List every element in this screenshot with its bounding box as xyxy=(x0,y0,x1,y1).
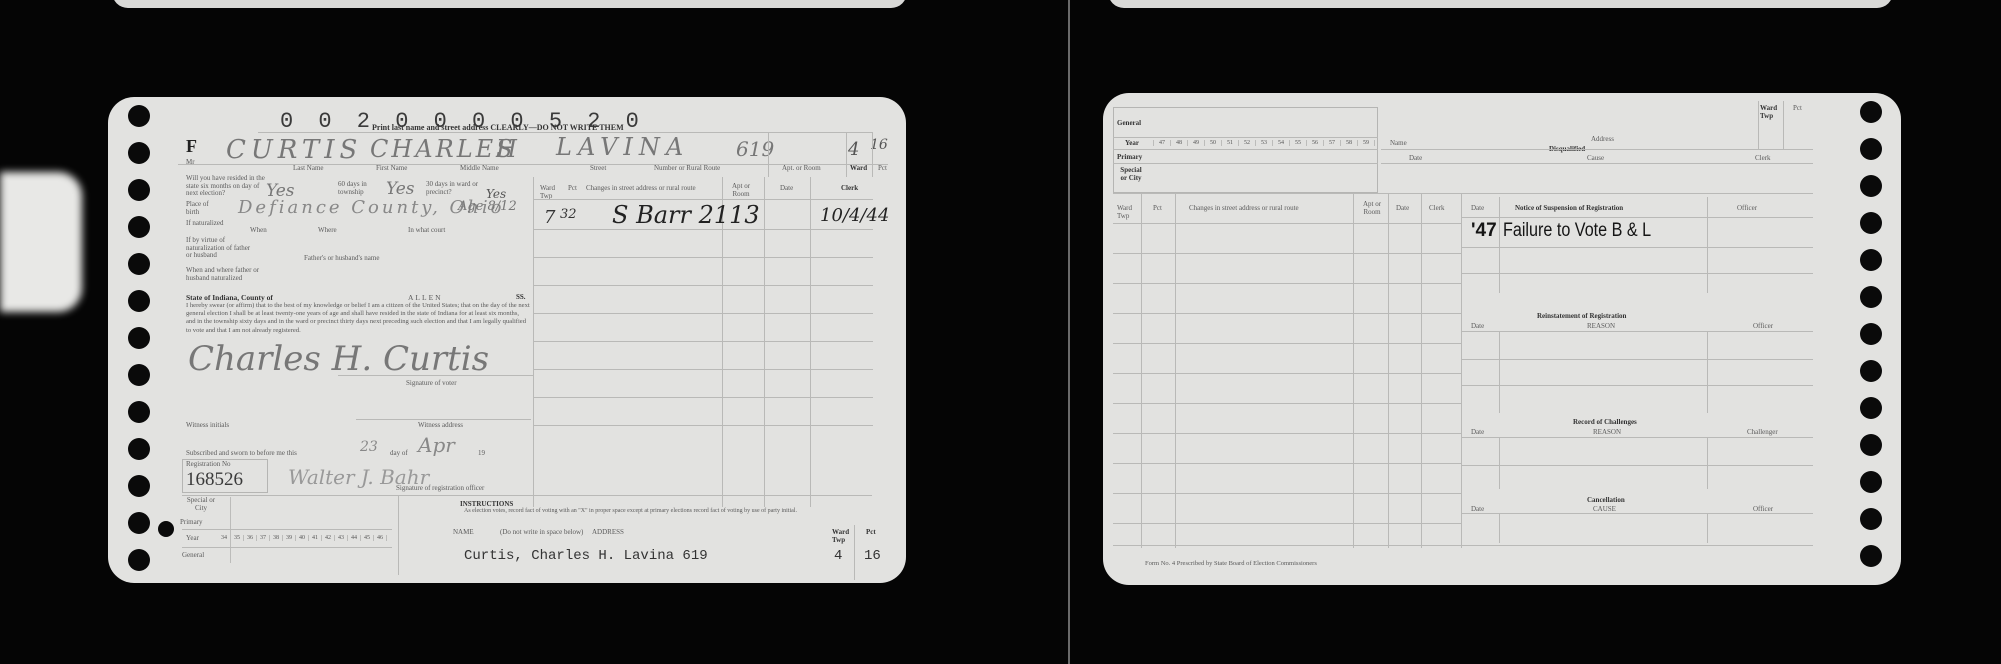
rule xyxy=(1499,437,1500,489)
ward-residency-question: 30 days in ward or precinct? xyxy=(426,181,494,196)
rule xyxy=(1381,149,1813,150)
punch-hole-icon xyxy=(1860,471,1882,493)
rule xyxy=(1113,223,1461,224)
rule xyxy=(1113,343,1461,344)
grid-year-cell: 41 xyxy=(309,535,322,541)
rule xyxy=(810,177,811,507)
back-changes-date-header: Date xyxy=(1396,205,1409,213)
typed-ward: 4 xyxy=(834,549,842,564)
grid-year-cell: 54 xyxy=(1273,140,1290,146)
suspension-title: Notice of Suspension of Registration xyxy=(1515,205,1623,213)
back-name-label: Name xyxy=(1390,140,1407,148)
reinstatement-title: Reinstatement of Registration xyxy=(1537,313,1626,321)
grid-label-year: Year xyxy=(186,535,199,543)
punch-hole-icon xyxy=(1860,101,1882,123)
rule xyxy=(1175,193,1176,548)
frame-divider xyxy=(1068,0,1070,664)
header-rule xyxy=(258,132,873,133)
rule xyxy=(1113,545,1813,546)
ss-label: SS. xyxy=(516,294,526,302)
street-value: LAVINA xyxy=(556,133,689,161)
voter-signature: Charles H. Curtis xyxy=(188,339,489,379)
ward-label: Ward xyxy=(850,165,867,173)
township-residency-question: 60 days in township xyxy=(338,181,386,196)
rule xyxy=(1141,193,1142,548)
oath-heading: State of Indiana, County of xyxy=(186,294,273,302)
where-label: Where xyxy=(318,227,337,235)
prefix-mark: F xyxy=(186,137,197,157)
naturalized-label: If naturalized xyxy=(186,220,226,228)
rule xyxy=(1113,163,1378,164)
back-cause-label: Cause xyxy=(1587,155,1604,163)
middle-name-value: H xyxy=(496,135,517,163)
father-name-label: Father's or husband's name xyxy=(304,255,379,263)
registration-card-front: 0 0 2 0 0 0 0 5 2 0 Print last name and … xyxy=(108,97,906,583)
rule xyxy=(533,177,534,507)
rule xyxy=(1113,493,1461,494)
challenges-reason-label: REASON xyxy=(1593,429,1621,437)
punch-hole-icon xyxy=(1860,286,1882,308)
back-changes-ward-header: Ward Twp xyxy=(1117,205,1137,220)
age-value: Age 8/12 xyxy=(458,199,517,214)
street-label: Street xyxy=(590,165,606,173)
punch-hole-icon xyxy=(128,438,150,460)
rule xyxy=(872,132,873,177)
rule xyxy=(1461,217,1813,218)
rule xyxy=(846,132,847,177)
punch-hole-icon xyxy=(1860,175,1882,197)
first-name-value: CHARLES xyxy=(370,135,516,163)
punch-hole-icon xyxy=(128,327,150,349)
rule xyxy=(1461,437,1813,438)
rule xyxy=(1113,253,1461,254)
grid-label-special: Special or City xyxy=(186,497,216,512)
film-artifact xyxy=(0,172,82,312)
court-label: In what court xyxy=(408,227,445,235)
apt-label: Apt. or Room xyxy=(782,165,821,173)
grid-year-cell: 39 xyxy=(283,535,296,541)
subscribed-text: Subscribed and sworn to before me this xyxy=(186,450,297,458)
number-label: Number or Rural Route xyxy=(654,165,720,173)
rule xyxy=(533,199,873,200)
county-value: ALLEN xyxy=(408,294,443,302)
registration-card-back: General Year Primary Special or City 47 … xyxy=(1103,93,1901,585)
grid-year-cell: 49 xyxy=(1188,140,1205,146)
footer-pct-label: Pct xyxy=(866,529,876,537)
footer-ward-label: Ward Twp xyxy=(832,529,850,544)
rule xyxy=(1499,513,1500,543)
rule xyxy=(533,369,873,370)
challenges-challenger-label: Challenger xyxy=(1747,429,1778,437)
grid-year-cell: 51 xyxy=(1222,140,1239,146)
rule xyxy=(1707,331,1708,413)
grid-year-cell: 35 xyxy=(231,535,244,541)
rule xyxy=(1113,373,1461,374)
punch-hole-icon xyxy=(1860,360,1882,382)
rule xyxy=(764,177,765,507)
instructions-text: As election votes, record fact of voting… xyxy=(464,508,904,515)
rule xyxy=(1113,433,1461,434)
back-changes-pct-header: Pct xyxy=(1153,205,1162,213)
previous-card-edge-right xyxy=(1108,0,1893,8)
punch-hole-icon xyxy=(1860,249,1882,271)
registration-number-value: 168526 xyxy=(186,470,243,491)
rule xyxy=(1113,149,1378,150)
rule xyxy=(1381,163,1813,164)
back-changes-apt-header: Apt or Room xyxy=(1361,201,1383,216)
punch-hole-icon xyxy=(1860,397,1882,419)
previous-card-edge-left xyxy=(112,0,907,8)
rule xyxy=(1113,403,1461,404)
grid-year-cell: 48 xyxy=(1171,140,1188,146)
rule xyxy=(1758,101,1759,149)
grid-year-cell: 56 xyxy=(1307,140,1324,146)
rule xyxy=(1388,193,1389,548)
reinstatement-reason-label: REASON xyxy=(1587,323,1615,331)
rule xyxy=(1113,193,1813,194)
grid-year-cell: 46 xyxy=(374,535,387,541)
grid-year-cell: 58 xyxy=(1341,140,1358,146)
rule xyxy=(1461,331,1813,332)
suspension-stamp-year: '47 xyxy=(1471,221,1497,242)
ward-value: 4 xyxy=(848,139,859,160)
punch-hole-icon xyxy=(128,290,150,312)
rule xyxy=(1461,247,1813,248)
last-name-value: CURTIS xyxy=(226,135,362,165)
grid-year-cell: 34 xyxy=(218,535,231,541)
punch-hole-icon xyxy=(1860,508,1882,530)
grid-year-cell: 59 xyxy=(1358,140,1375,146)
voter-signature-label: Signature of voter xyxy=(406,380,457,388)
father-when-where-label: When and where father or husband natural… xyxy=(186,267,266,282)
rule xyxy=(1461,273,1813,274)
back-address-label: Address xyxy=(1591,136,1614,144)
front-year-row: 34 35 36 37 38 39 40 41 42 43 44 45 46 xyxy=(218,535,387,541)
rule xyxy=(1707,437,1708,489)
back-ward-label: Ward Twp xyxy=(1760,105,1782,120)
grid-year-cell: 38 xyxy=(270,535,283,541)
rule xyxy=(1707,197,1708,293)
back-pct-label: Pct xyxy=(1793,105,1802,113)
grid-year-cell: 53 xyxy=(1256,140,1273,146)
changes-date-header: Date xyxy=(780,185,793,193)
footer-name-label: NAME xyxy=(453,529,474,537)
pct-label: Pct xyxy=(878,165,887,173)
rule xyxy=(182,529,392,530)
rule xyxy=(533,229,873,230)
changes-clerk-header: Clerk xyxy=(841,185,858,193)
changes-pct-header: Pct xyxy=(568,185,577,193)
change-row-ward: 7 xyxy=(544,207,555,228)
grid-year-cell: 45 xyxy=(361,535,374,541)
reinstatement-date-label: Date xyxy=(1471,323,1484,331)
day-of-label: day of xyxy=(390,450,408,458)
grid-year-cell: 55 xyxy=(1290,140,1307,146)
rule xyxy=(1461,385,1813,386)
grid-year-cell: 37 xyxy=(257,535,270,541)
back-changes-address-header: Changes in street address or rural route xyxy=(1189,205,1299,213)
rule xyxy=(533,425,873,426)
grid-year-cell: 42 xyxy=(322,535,335,541)
suspension-officer-label: Officer xyxy=(1737,205,1757,213)
change-row-date: 10/4/44 xyxy=(820,205,889,226)
back-changes-clerk-header: Clerk xyxy=(1429,205,1445,213)
change-row-pct: 32 xyxy=(560,207,577,222)
back-year-row: 47 48 49 50 51 52 53 54 55 56 57 58 59 xyxy=(1153,140,1375,146)
witness-initials-label: Witness initials xyxy=(186,422,229,430)
rule xyxy=(398,495,399,575)
punch-hole-icon xyxy=(128,364,150,386)
punch-hole-icon xyxy=(128,105,150,127)
punch-hole-icon xyxy=(128,512,150,534)
year-prefix: 19 xyxy=(478,450,485,458)
officer-signature-label: Signature of registration officer xyxy=(396,485,484,493)
rule xyxy=(1113,137,1378,138)
suspension-stamp-text: Failure to Vote B & L xyxy=(1503,221,1651,242)
typed-pct: 16 xyxy=(864,549,881,564)
changes-apt-header: Apt or Room xyxy=(730,183,752,198)
last-name-label: Last Name xyxy=(293,165,324,173)
punch-hole-icon xyxy=(128,475,150,497)
state-residency-question: Will you have resided in the state six m… xyxy=(186,175,266,198)
punch-hole-icon xyxy=(1860,434,1882,456)
challenges-title: Record of Challenges xyxy=(1573,419,1637,427)
punch-hole-icon xyxy=(128,401,150,423)
grid-year-cell: 40 xyxy=(296,535,309,541)
rule xyxy=(1113,313,1461,314)
punch-hole-icon xyxy=(158,521,174,537)
rule xyxy=(1461,465,1813,466)
punch-hole-icon xyxy=(128,179,150,201)
rule xyxy=(1113,463,1461,464)
rule xyxy=(533,313,873,314)
grid-year-cell: 52 xyxy=(1239,140,1256,146)
rule xyxy=(533,257,873,258)
back-date-label: Date xyxy=(1409,155,1422,163)
punch-hole-icon xyxy=(128,549,150,571)
typed-name-address: Curtis, Charles H. Lavina 619 xyxy=(464,549,708,564)
changes-address-header: Changes in street address or rural route xyxy=(586,185,696,193)
rule xyxy=(182,547,392,548)
punch-hole-icon xyxy=(1860,545,1882,567)
witness-address-label: Witness address xyxy=(418,422,463,430)
township-residency-answer: Yes xyxy=(386,179,415,199)
grid-year-cell: 44 xyxy=(348,535,361,541)
front-year-grid xyxy=(218,497,231,563)
suspension-date-label: Date xyxy=(1471,205,1484,213)
challenges-date-label: Date xyxy=(1471,429,1484,437)
punch-hole-icon xyxy=(1860,323,1882,345)
rule xyxy=(1783,101,1784,149)
change-row-address: S Barr 2113 xyxy=(612,201,760,229)
sworn-day-value: 23 xyxy=(360,439,378,455)
oath-text: I hereby swear (or affirm) that to the b… xyxy=(186,302,530,335)
rule xyxy=(854,525,855,580)
rule xyxy=(1113,523,1461,524)
form-footer: Form No. 4 Prescribed by State Board of … xyxy=(1145,560,1317,567)
reinstatement-officer-label: Officer xyxy=(1753,323,1773,331)
rule xyxy=(768,132,769,177)
footer-address-label: ADDRESS xyxy=(592,529,624,537)
punch-hole-icon xyxy=(128,142,150,164)
witness-rule xyxy=(356,419,531,420)
grid-year-cell: 50 xyxy=(1205,140,1222,146)
prefix-label: Mr xyxy=(186,159,195,167)
father-naturalization-label: If by virtue of naturalization of father… xyxy=(186,237,256,260)
sworn-month-value: Apr xyxy=(418,433,455,457)
rule xyxy=(533,397,873,398)
grid-year-cell: 57 xyxy=(1324,140,1341,146)
rule xyxy=(1499,331,1500,413)
when-label: When xyxy=(250,227,267,235)
rule xyxy=(1353,193,1354,548)
grid-label-general: General xyxy=(182,552,204,560)
rule xyxy=(1499,197,1500,293)
punch-hole-icon xyxy=(1860,138,1882,160)
rule xyxy=(182,495,872,496)
grid-year-cell: 47 xyxy=(1154,140,1171,146)
punch-hole-icon xyxy=(128,253,150,275)
rule xyxy=(533,285,873,286)
rule xyxy=(533,341,873,342)
grid-year-cell: 36 xyxy=(244,535,257,541)
signature-rule xyxy=(338,375,533,376)
birthplace-label: Place of birth xyxy=(186,201,216,216)
cancellation-title: Cancellation xyxy=(1587,497,1625,505)
back-clerk-label: Clerk xyxy=(1755,155,1771,163)
first-name-label: First Name xyxy=(376,165,407,173)
middle-name-label: Middle Name xyxy=(460,165,499,173)
rule xyxy=(1461,513,1813,514)
grid-year-cell: 43 xyxy=(335,535,348,541)
punch-hole-icon xyxy=(1860,212,1882,234)
footer-do-not-write: (Do not write in space below) xyxy=(500,529,583,537)
back-year-grid-frame xyxy=(1113,107,1378,193)
rule xyxy=(1113,283,1461,284)
rule xyxy=(1421,193,1422,548)
rule xyxy=(1461,359,1813,360)
grid-label-primary: Primary xyxy=(180,519,203,527)
registration-number-label: Registration No xyxy=(186,461,231,469)
punch-hole-icon xyxy=(128,216,150,238)
rule xyxy=(1707,513,1708,543)
